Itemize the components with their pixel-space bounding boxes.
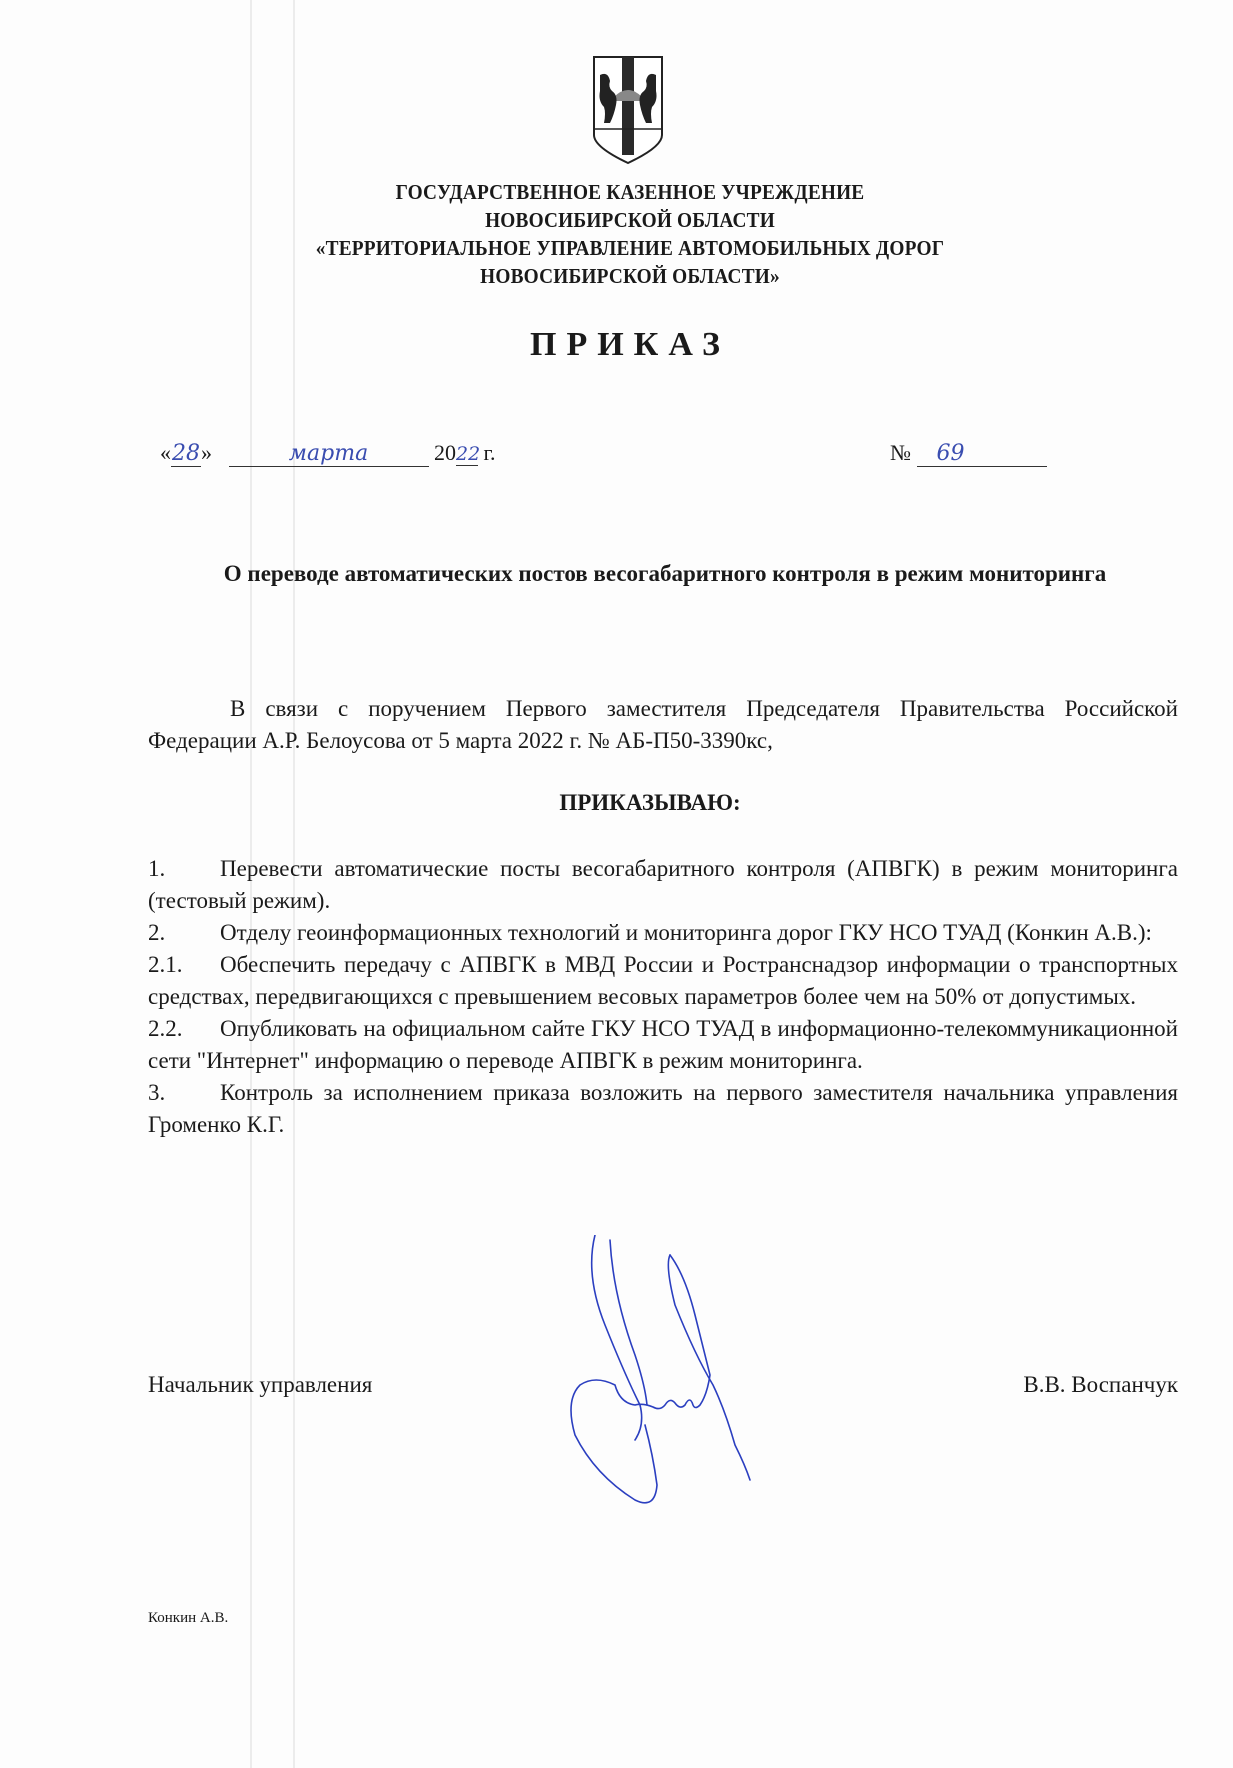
order-number: № 69 <box>890 440 1047 467</box>
item-text: Перевести автоматические посты весогабар… <box>148 856 1178 913</box>
order-item: 2.2.Опубликовать на официальном сайте ГК… <box>148 1013 1178 1077</box>
item-text: Опубликовать на официальном сайте ГКУ НС… <box>148 1016 1178 1073</box>
order-subject: О переводе автоматических постов весогаб… <box>150 558 1180 590</box>
date-close-quote: » <box>201 440 212 465</box>
number-value: 69 <box>917 441 1047 467</box>
item-number: 1. <box>148 853 220 885</box>
order-item: 2.1.Обеспечить передачу с АПВГК в МВД Ро… <box>148 949 1178 1013</box>
order-date: «28» марта 2022 г. <box>160 440 496 467</box>
organization-line: НОВОСИБИРСКОЙ ОБЛАСТИ» <box>234 262 1025 290</box>
order-item: 2.Отделу геоинформационных технологий и … <box>148 917 1178 949</box>
organization-line: ГОСУДАРСТВЕННОЕ КАЗЕННОЕ УЧРЕЖДЕНИЕ <box>234 178 1025 206</box>
executor-name: Конкин А.В. <box>148 1610 228 1627</box>
date-day: 28 <box>171 441 201 467</box>
item-text: Обеспечить передачу с АПВГК в МВД России… <box>148 952 1178 1009</box>
organization-header: ГОСУДАРСТВЕННОЕ КАЗЕННОЕ УЧРЕЖДЕНИЕ НОВО… <box>234 178 1025 290</box>
date-month: марта <box>229 441 429 467</box>
date-open-quote: « <box>160 440 171 465</box>
organization-line: «ТЕРРИТОРИАЛЬНОЕ УПРАВЛЕНИЕ АВТОМОБИЛЬНЫ… <box>234 234 1025 262</box>
date-year-prefix: 20 <box>434 440 456 465</box>
item-number: 2.2. <box>148 1013 220 1045</box>
item-text: Контроль за исполнением приказа возложит… <box>148 1080 1178 1137</box>
document-page: ГОСУДАРСТВЕННОЕ КАЗЕННОЕ УЧРЕЖДЕНИЕ НОВО… <box>0 0 1233 1768</box>
item-number: 2.1. <box>148 949 220 981</box>
signatory-name: В.В. Воспанчук <box>1023 1372 1178 1398</box>
order-item: 1.Перевести автоматические посты весогаб… <box>148 853 1178 917</box>
handwritten-signature-icon <box>535 1235 755 1535</box>
item-text: Отделу геоинформационных технологий и мо… <box>220 920 1152 945</box>
date-year-suffix: 22 <box>456 443 478 466</box>
coat-of-arms-icon <box>592 55 664 165</box>
order-items: 1.Перевести автоматические посты весогаб… <box>148 853 1178 1141</box>
order-item: 3.Контроль за исполнением приказа возлож… <box>148 1077 1178 1141</box>
signatory-position: Начальник управления <box>148 1372 372 1398</box>
intro-paragraph: В связи с поручением Первого заместителя… <box>148 693 1178 757</box>
item-number: 3. <box>148 1077 220 1109</box>
document-type-title: ПРИКАЗ <box>430 326 830 364</box>
item-number: 2. <box>148 917 220 949</box>
organization-line: НОВОСИБИРСКОЙ ОБЛАСТИ <box>234 206 1025 234</box>
order-heading: ПРИКАЗЫВАЮ: <box>480 790 820 816</box>
number-label: № <box>890 440 911 465</box>
date-year-unit: г. <box>484 440 496 465</box>
